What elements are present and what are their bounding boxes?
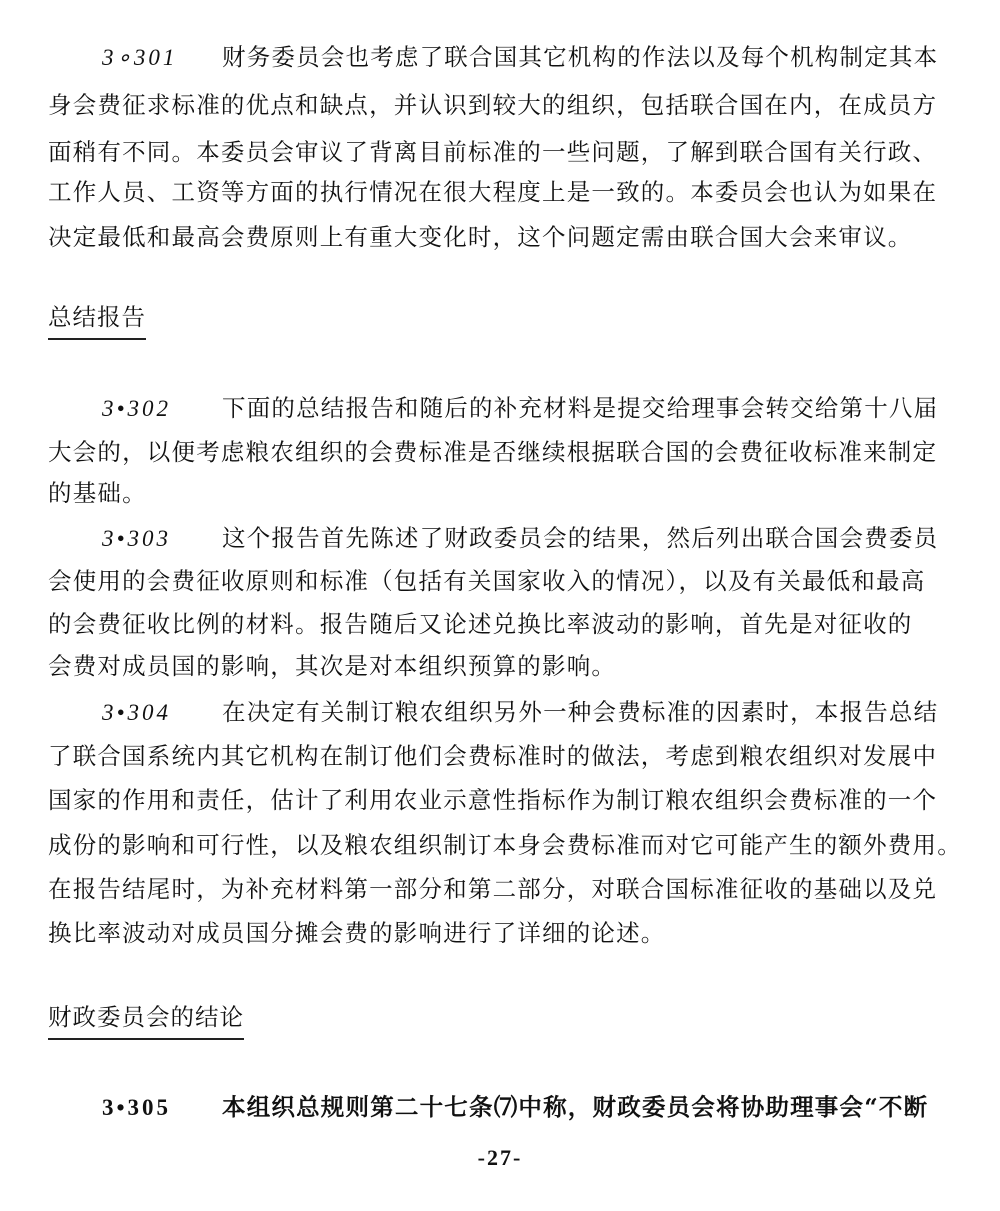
paragraph-3-304-line-5: 在报告结尾时，为补充材料第一部分和第二部分，对联合国标准征收的基础以及兑 [48,874,948,904]
paragraph-3-303-line-4: 会费对成员国的影响，其次是对本组织预算的影响。 [48,651,948,681]
section-heading-finance-committee-conclusions: 财政委员会的结论 [48,1002,244,1040]
paragraph-3-304-line-1: 3•304在决定有关制订粮农组织另外一种会费标准的因素时，本报告总结 [48,697,948,728]
paragraph-3-301-line-5: 决定最低和最高会费原则上有重大变化时，这个问题定需由联合国大会来审议。 [48,222,948,252]
paragraph-number: 3•304 [102,698,222,728]
paragraph-3-304-line-6: 换比率波动对成员国分摊会费的影响进行了详细的论述。 [48,918,948,948]
paragraph-3-303-line-3: 的会费征收比例的材料。报告随后又论述兑换比率波动的影响，首先是对征收的 [48,609,948,639]
paragraph-number: 3•302 [102,394,222,424]
paragraph-3-302-line-3: 的基础。 [48,478,948,508]
paragraph-number: 3•305 [102,1093,222,1123]
paragraph-3-301-line-4: 工作人员、工资等方面的执行情况在很大程度上是一致的。本委员会也认为如果在 [48,177,948,207]
paragraph-3-304-line-3: 国家的作用和责任，估计了利用农业示意性指标作为制订粮农组织会费标准的一个 [48,785,948,815]
paragraph-number: 3∘301 [102,43,222,73]
paragraph-3-301-line-1: 3∘301财务委员会也考虑了联合国其它机构的作法以及每个机构制定其本 [48,42,948,73]
paragraph-3-304-line-2: 了联合国系统内其它机构在制订他们会费标准时的做法，考虑到粮农组织对发展中 [48,741,948,771]
document-page: 3∘301财务委员会也考虑了联合国其它机构的作法以及每个机构制定其本 身会费征求… [0,0,1000,1211]
paragraph-3-303-line-2: 会使用的会费征收原则和标准（包括有关国家收入的情况），以及有关最低和最高 [48,566,948,596]
paragraph-3-304-line-4: 成份的影响和可行性，以及粮农组织制订本身会费标准而对它可能产生的额外费用。 [48,830,948,860]
section-heading-summary-report: 总结报告 [48,302,146,340]
page-number: -27- [0,1145,1000,1171]
paragraph-3-302-line-1: 3•302下面的总结报告和随后的补充材料是提交给理事会转交给第十八届 [48,393,948,424]
paragraph-3-301-line-2: 身会费征求标准的优点和缺点，并认识到较大的组织，包括联合国在内，在成员方 [48,90,948,120]
paragraph-number: 3•303 [102,524,222,554]
paragraph-3-303-line-1: 3•303这个报告首先陈述了财政委员会的结果，然后列出联合国会费委员 [48,523,948,554]
paragraph-3-305-line-1: 3•305本组织总规则第二十七条⑺中称，财政委员会将协助理事会“不断 [48,1092,948,1123]
paragraph-3-301-line-3: 面稍有不同。本委员会审议了背离目前标准的一些问题，了解到联合国有关行政、 [48,137,948,167]
paragraph-3-302-line-2: 大会的，以便考虑粮农组织的会费标准是否继续根据联合国的会费征收标准来制定 [48,437,948,467]
